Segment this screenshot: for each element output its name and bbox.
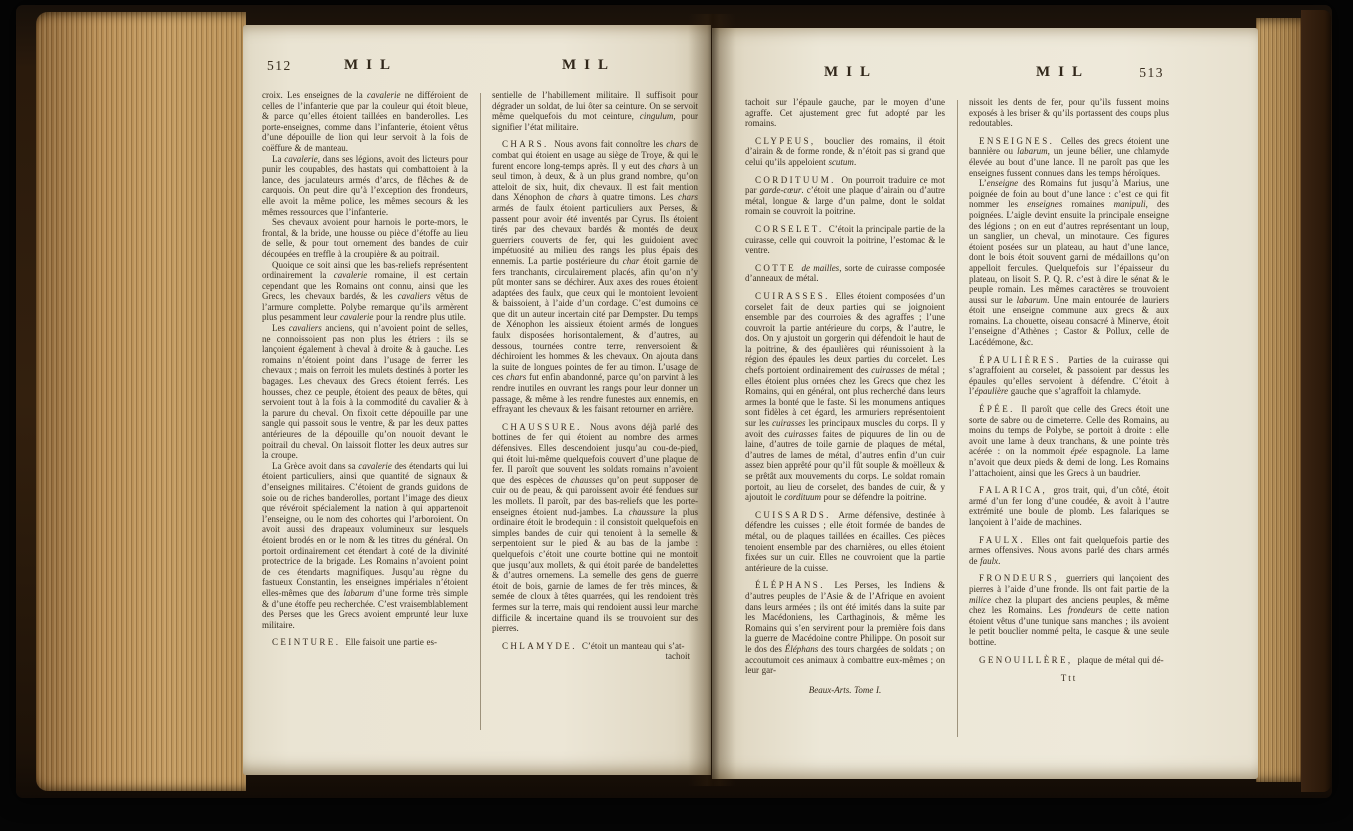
body-paragraph: Ses chevaux avoient pour harnois le port… — [262, 217, 468, 259]
body-paragraph: croix. Les enseignes de la cavalerie ne … — [262, 90, 468, 154]
entry-paragraph: CHLAMYDE. C’étoit un manteau qui s’at- — [492, 641, 698, 652]
entry-headword: ÉLÉPHANS. — [755, 580, 834, 590]
running-head: MIL — [745, 64, 957, 81]
right-page-header: 513 MIL MIL — [745, 64, 1169, 92]
entry-paragraph: FALARICA, gros trait, qui, d’un côté, ét… — [969, 485, 1169, 527]
right-page-text-block: 513 MIL MIL tachoit sur l’épaule gauche,… — [745, 64, 1169, 745]
entry-headword: FAULX. — [979, 535, 1032, 545]
body-paragraph: La cavalerie, dans ses légions, avoit de… — [262, 154, 468, 218]
body-paragraph: Quoique ce soit ainsi que les bas-relief… — [262, 260, 468, 324]
body-paragraph: Les cavaliers anciens, qui n’avoient poi… — [262, 323, 468, 461]
entry-headword: CUIRASSES. — [755, 291, 836, 301]
page-number: 512 — [267, 58, 292, 74]
catchword: tachoit — [492, 651, 698, 662]
text-column: nissoit les dents de fer, pour qu’ils fu… — [969, 97, 1169, 745]
column-rule — [957, 100, 958, 737]
left-page-columns: croix. Les enseignes de la cavalerie ne … — [262, 90, 698, 738]
entry-paragraph: FAULX. Elles ont fait quelquefois partie… — [969, 535, 1169, 567]
entry-paragraph: CUISSARDS. Arme défensive, destinée à dé… — [745, 510, 945, 574]
entry-paragraph: FRONDEURS, guerriers qui lançoient des p… — [969, 573, 1169, 647]
body-paragraph: sentielle de l’habillement militaire. Il… — [492, 90, 698, 132]
entry-paragraph: GENOUILLÈRE, plaque de métal qui dé- — [969, 655, 1169, 666]
right-page: 513 MIL MIL tachoit sur l’épaule gauche,… — [712, 28, 1258, 779]
left-page: 512 MIL MIL croix. Les enseignes de la c… — [243, 25, 711, 775]
entry-paragraph: CLYPEUS, bouclier des romains, il étoit … — [745, 136, 945, 168]
column-rule — [480, 93, 481, 730]
entry-headword: CORDITUUM. — [755, 175, 842, 185]
entry-paragraph: CORSELET. C’étoit la principale partie d… — [745, 224, 945, 256]
entry-headword: FALARICA, — [979, 485, 1054, 495]
entry-paragraph: CHARS. Nous avons fait connoître les cha… — [492, 139, 698, 414]
text-column: croix. Les enseignes de la cavalerie ne … — [262, 90, 468, 738]
entry-paragraph: CUIRASSES. Elles étoient composées d’un … — [745, 291, 945, 503]
entry-headword: CUISSARDS. — [755, 510, 838, 520]
photograph-of-open-book: { "colors": { "background": "#050505", "… — [0, 0, 1353, 831]
right-page-columns: tachoit sur l’épaule gauche, par le moye… — [745, 97, 1169, 745]
body-paragraph: nissoit les dents de fer, pour qu’ils fu… — [969, 97, 1169, 129]
signature-line: Ttt — [969, 673, 1169, 684]
entry-paragraph: ÉPAULIÈRES. Parties de la cuirasse qui s… — [969, 355, 1169, 397]
text-column: sentielle de l’habillement militaire. Il… — [492, 90, 698, 738]
body-paragraph: tachoit sur l’épaule gauche, par le moye… — [745, 97, 945, 129]
text-column: tachoit sur l’épaule gauche, par le moye… — [745, 97, 945, 745]
entry-headword: ENSEIGNES. — [979, 136, 1061, 146]
entry-paragraph: CHAUSSURE. Nous avons déjà parlé des bot… — [492, 422, 698, 634]
entry-headword: GENOUILLÈRE, — [979, 655, 1078, 665]
entry-headword: CORSELET. — [755, 224, 829, 234]
signature-line: Beaux-Arts. Tome I. — [745, 685, 945, 696]
page-edges-left — [36, 12, 246, 791]
entry-headword: COTTE — [755, 263, 802, 273]
entry-headword: CHAUSSURE. — [502, 422, 590, 432]
entry-paragraph: CEINTURE. Elle faisoit une partie es- — [262, 637, 468, 648]
left-page-text-block: 512 MIL MIL croix. Les enseignes de la c… — [262, 57, 698, 738]
entry-headword: CHARS. — [502, 139, 554, 149]
running-head: MIL — [480, 57, 698, 74]
entry-headword: ÉPAULIÈRES. — [979, 355, 1068, 365]
body-paragraph: La Grèce avoit dans sa cavalerie des éte… — [262, 461, 468, 631]
page-edges-right — [1256, 18, 1303, 782]
running-head: MIL — [262, 57, 480, 74]
entry-paragraph: ENSEIGNES. Celles des grecs étoient une … — [969, 136, 1169, 178]
entry-paragraph: ÉLÉPHANS. Les Perses, les Indiens & d’au… — [745, 580, 945, 675]
entry-headword: FRONDEURS, — [979, 573, 1066, 583]
body-paragraph: L’enseigne des Romains fut jusqu’à Mariu… — [969, 178, 1169, 348]
page-number: 513 — [1139, 65, 1164, 81]
entry-paragraph: ÉPÉE. Il paroît que celle des Grecs étoi… — [969, 404, 1169, 478]
running-head: MIL — [957, 64, 1169, 81]
left-page-header: 512 MIL MIL — [262, 57, 698, 85]
entry-paragraph: CORDITUUM. On pourroit traduire ce mot p… — [745, 175, 945, 217]
entry-headword: CLYPEUS, — [755, 136, 825, 146]
book-cover-right-board — [1301, 10, 1331, 792]
entry-paragraph: COTTE de mailles, sorte de cuirasse comp… — [745, 263, 945, 284]
entry-headword: ÉPÉE. — [979, 404, 1021, 414]
entry-headword: CEINTURE. — [272, 637, 345, 647]
entry-headword: CHLAMYDE. — [502, 641, 582, 651]
